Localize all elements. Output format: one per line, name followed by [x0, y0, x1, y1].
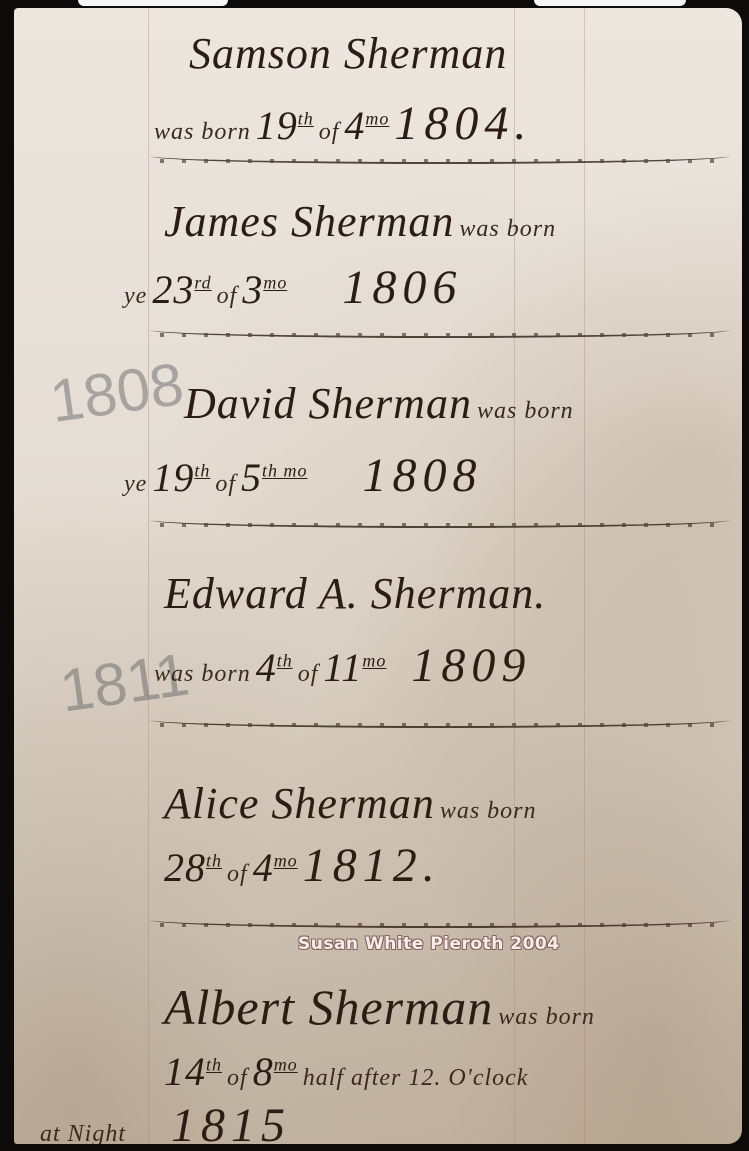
of-text: of	[319, 119, 340, 145]
entry-date-line: was born 19th of 4mo 1804.	[154, 96, 532, 151]
was-born-text: was born	[440, 798, 537, 824]
month: 8mo	[253, 1049, 298, 1094]
entry-name: Edward A. Sherman.	[164, 568, 546, 619]
of-text: of	[227, 1065, 248, 1091]
ye-text: ye	[124, 283, 147, 309]
month: 3mo	[242, 267, 287, 312]
year: 1804.	[394, 97, 532, 150]
year: 1808	[363, 449, 483, 502]
entry-divider	[150, 156, 730, 164]
was-born-text: was born	[498, 1004, 595, 1030]
entry-divider	[150, 330, 730, 338]
time-note: half after 12. O'clock	[303, 1065, 529, 1091]
was-born-text: was born	[459, 216, 556, 242]
entry-year-line: at Night 1815	[40, 1098, 291, 1144]
of-text: of	[298, 661, 319, 687]
entry-name-line: Albert Sherman was born	[164, 978, 595, 1036]
year: 1806	[342, 261, 462, 314]
entry-date-line: ye 23rd of 3mo 1806	[124, 260, 462, 315]
was-born-text: was born	[154, 661, 251, 687]
entry-divider	[150, 920, 730, 928]
entry-name: Albert Sherman	[164, 979, 493, 1035]
month: 4mo	[253, 845, 298, 890]
entry-name-line: James Sherman was born	[164, 196, 556, 247]
at-night-text: at Night	[40, 1121, 126, 1144]
day: 28th	[164, 845, 222, 890]
of-text: of	[227, 861, 248, 887]
entry-name: James Sherman	[164, 197, 454, 246]
entry-date-line: ye 19th of 5th mo 1808	[124, 448, 483, 503]
ye-text: ye	[124, 471, 147, 497]
margin-rule	[148, 8, 149, 1144]
watermark: Susan White Pieroth 2004	[298, 934, 560, 954]
day: 23rd	[152, 267, 211, 312]
month: 11mo	[323, 645, 386, 690]
day: 4th	[256, 645, 293, 690]
entry-date-line: was born 4th of 11mo 1809	[154, 638, 531, 693]
entry-divider	[150, 520, 730, 528]
entry-name-line: David Sherman was born	[184, 378, 574, 429]
day: 19th	[256, 103, 314, 148]
year: 1812.	[303, 839, 441, 892]
was-born-text: was born	[154, 119, 251, 145]
column-rule	[584, 8, 585, 1144]
month: 5th mo	[241, 455, 308, 500]
year: 1809	[411, 639, 531, 692]
entry-name-line: Alice Sherman was born	[164, 778, 537, 829]
year: 1815	[171, 1099, 291, 1144]
top-tab-left	[78, 0, 228, 6]
entry-name: David Sherman	[184, 379, 472, 428]
document-page: 1808 1811 Samson Sherman was born 19th o…	[14, 8, 742, 1144]
of-text: of	[215, 471, 236, 497]
month: 4mo	[344, 103, 389, 148]
top-tab-right	[534, 0, 686, 6]
entry-divider	[150, 720, 730, 728]
was-born-text: was born	[477, 398, 574, 424]
entry-name: Samson Sherman	[189, 28, 507, 79]
entry-date-line: 28th of 4mo 1812.	[164, 838, 441, 893]
entry-date-line: 14th of 8mo half after 12. O'clock	[164, 1048, 528, 1095]
pencil-margin-note: 1808	[46, 349, 188, 436]
day: 19th	[152, 455, 210, 500]
of-text: of	[217, 283, 238, 309]
day: 14th	[164, 1049, 222, 1094]
entry-name: Alice Sherman	[164, 779, 435, 828]
